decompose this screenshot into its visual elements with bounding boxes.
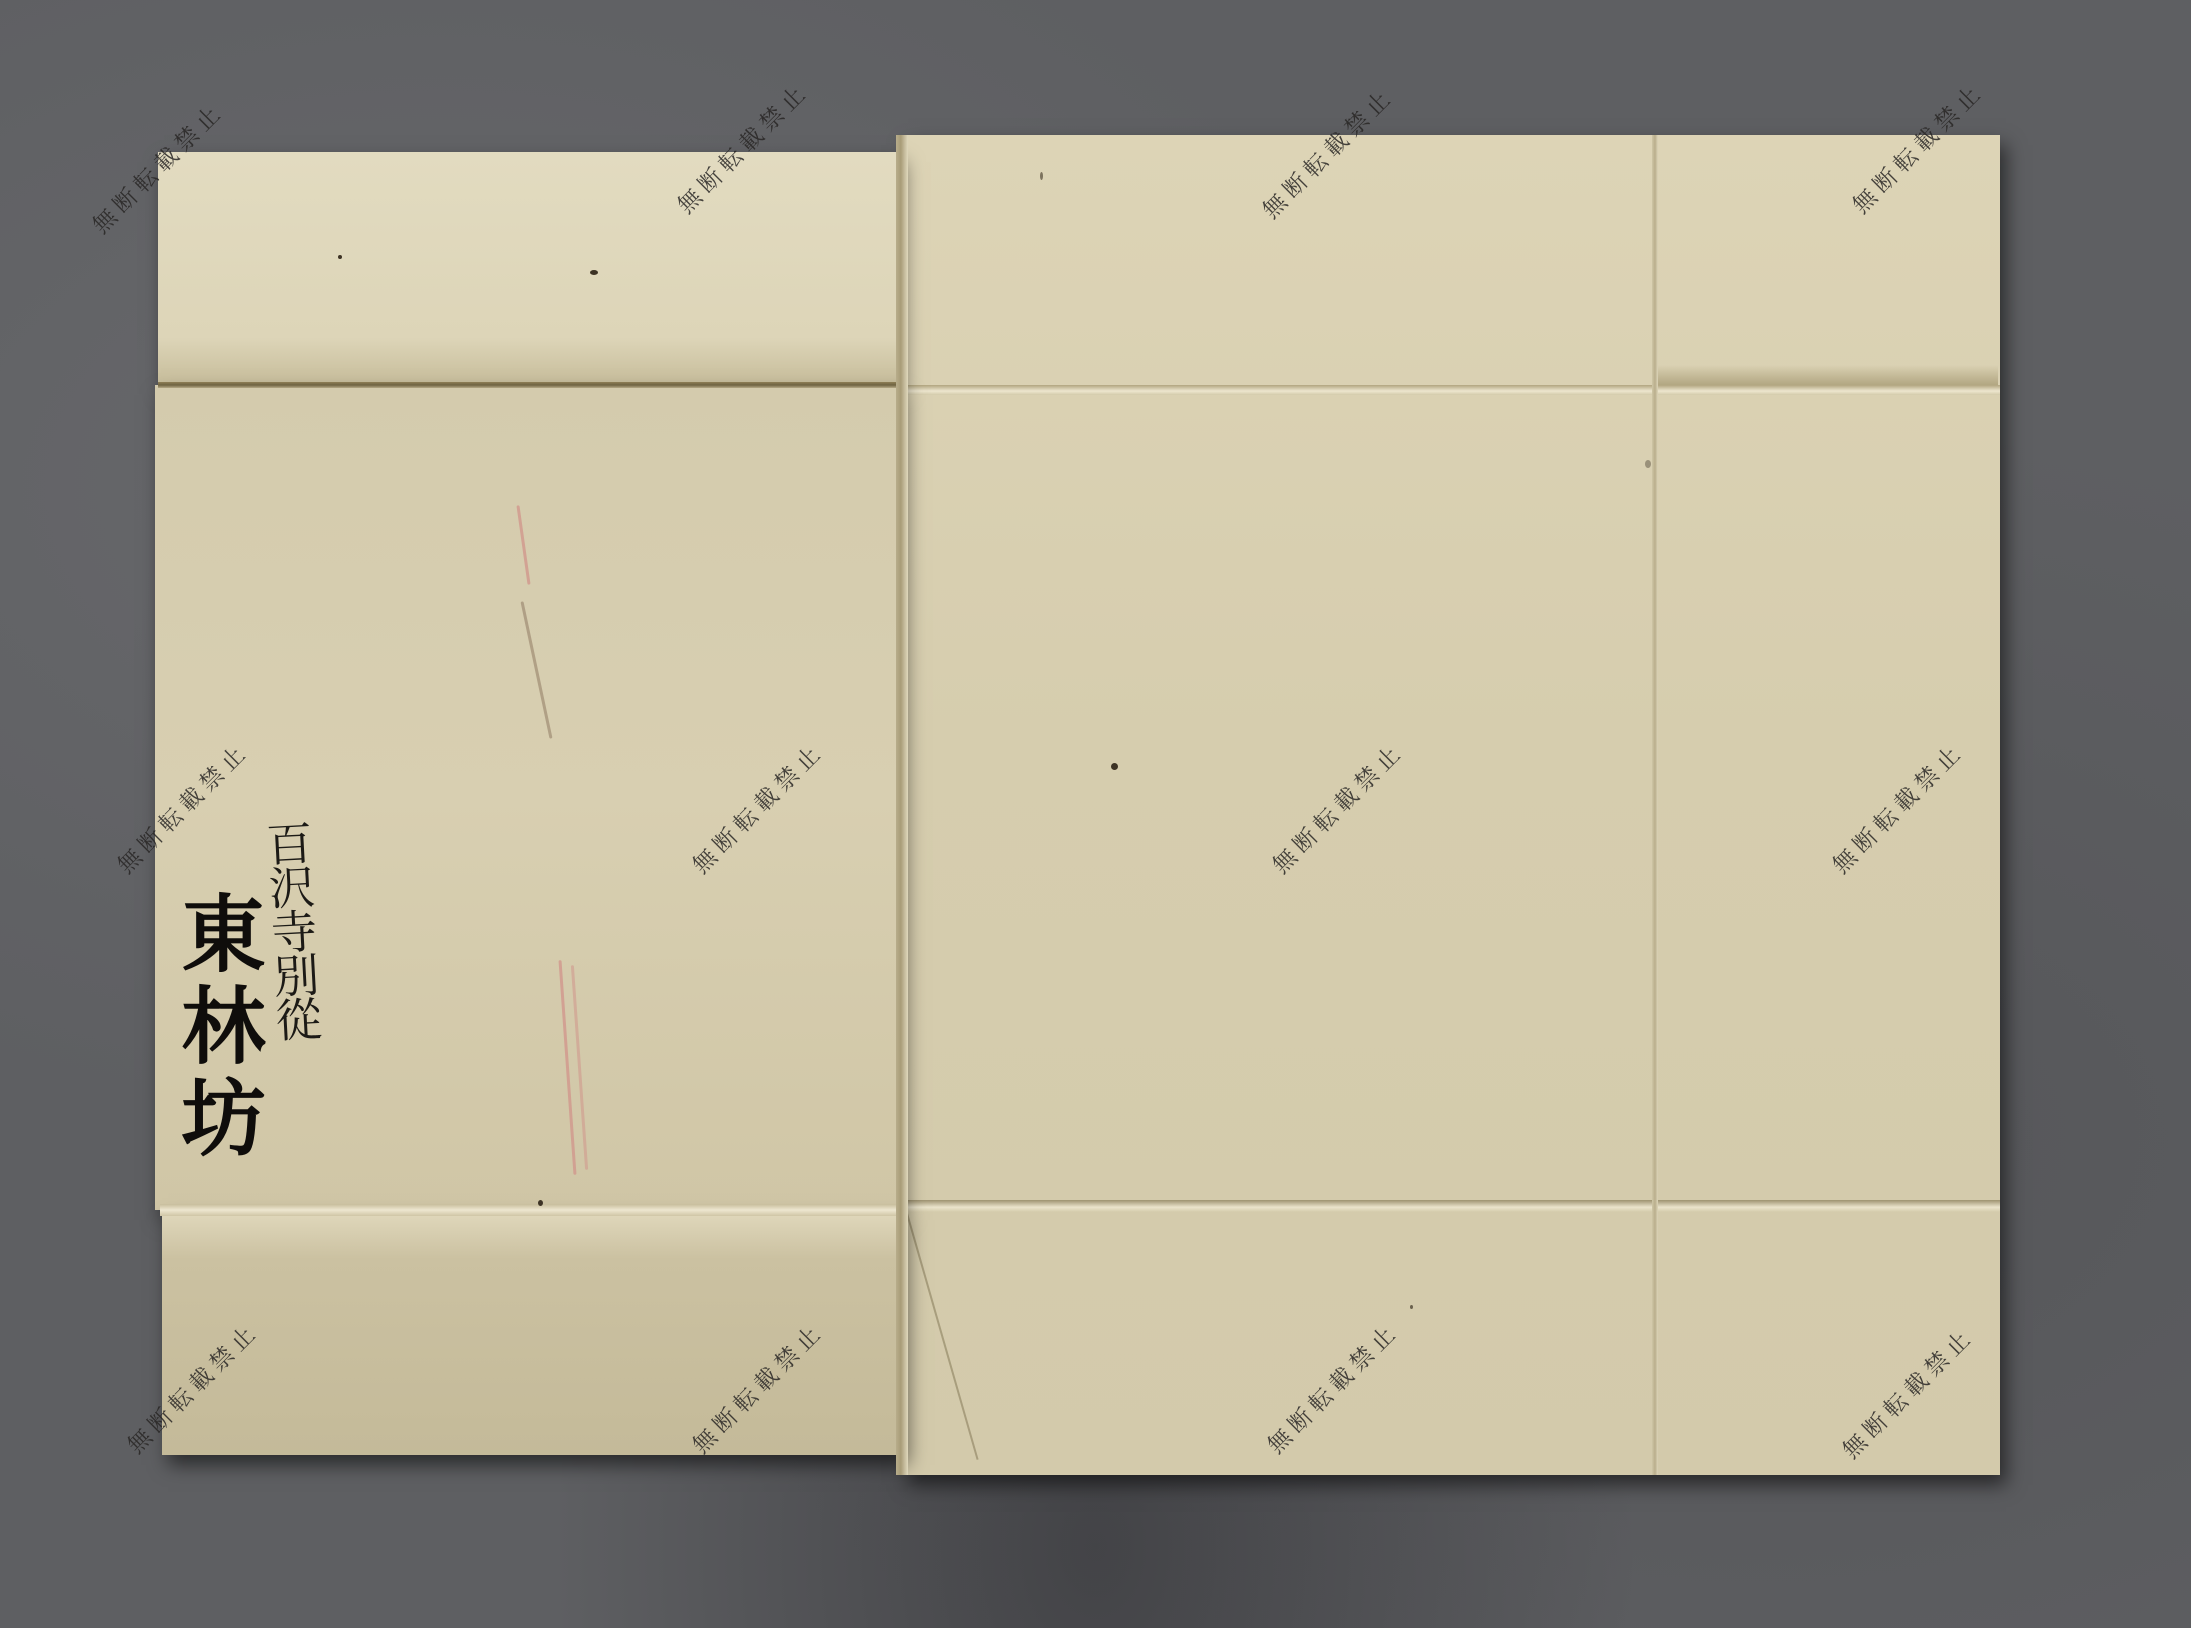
fold-crease-horizontal-top-right <box>905 385 2000 395</box>
fold-crease-vertical-right <box>1652 135 1658 1475</box>
paper-speck <box>338 255 342 259</box>
fold-shadow <box>1658 365 1998 387</box>
photograph: 百沢寺別從 東林坊 無断転載禁止 無断転載禁止 無断転載禁止 無断転載禁止 無断… <box>0 0 2191 1628</box>
fold-crease-horizontal-top-left <box>158 382 900 388</box>
paper-speck <box>590 270 598 275</box>
paper-speck <box>1040 172 1043 180</box>
inscription-temple-name: 百沢寺別從 <box>262 819 319 1041</box>
inscription-sub-temple-name: 東林坊 <box>175 890 259 1166</box>
fold-crease-vertical-center <box>896 135 908 1475</box>
paper-left-top-flap <box>158 152 898 384</box>
fold-crease-horizontal-bottom-left <box>160 1204 900 1216</box>
paper-right-sheet <box>902 135 2000 1475</box>
paper-speck <box>1645 460 1651 468</box>
fold-crease-horizontal-bottom-right <box>905 1200 2000 1212</box>
paper-speck <box>538 1200 543 1206</box>
paper-speck <box>1111 763 1118 770</box>
paper-speck <box>1410 1305 1413 1309</box>
